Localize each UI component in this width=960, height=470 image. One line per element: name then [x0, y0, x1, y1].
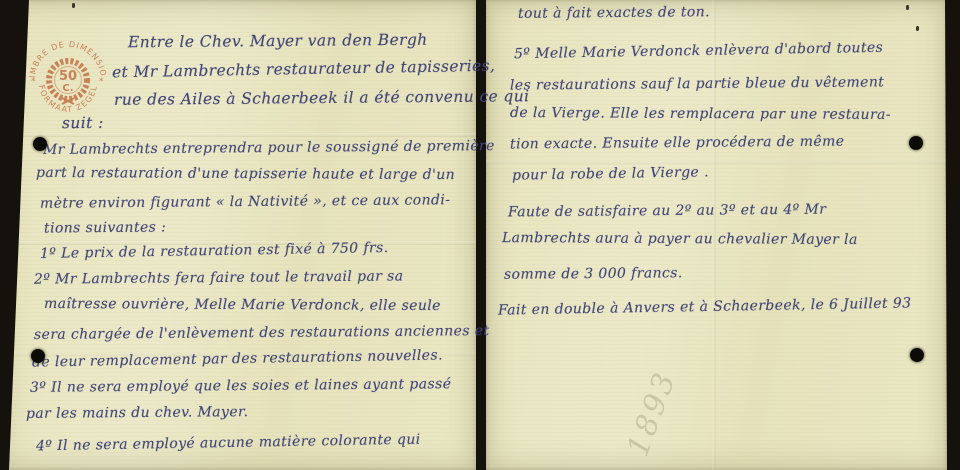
handwritten-line: par les mains du chev. Mayer.	[26, 405, 249, 421]
handwritten-line: Lambrechts aura à payer au chevalier May…	[502, 231, 858, 247]
handwritten-line: tout à fait exactes de ton.	[518, 5, 710, 21]
handwritten-line: Faute de satisfaire au 2º au 3º et au 4º…	[508, 203, 826, 220]
handwritten-line: part la restauration d'une tapisserie ha…	[36, 166, 455, 182]
revenue-stamp-50c: TIMBRE DE DIMENSION FORMAAT ZEGEL * * 50…	[26, 36, 110, 120]
paper-speck	[916, 26, 919, 31]
handwritten-line: rue des Ailes à Schaerbeek il a été conv…	[114, 89, 530, 108]
punch-hole	[33, 137, 47, 151]
fold-crease	[486, 160, 947, 164]
handwritten-line: 2º Mr Lambrechts fera faire tout le trav…	[34, 269, 404, 286]
fold-crease	[0, 133, 476, 137]
paper-speck	[72, 3, 75, 8]
handwritten-line: somme de 3 000 francs.	[504, 266, 683, 282]
punch-hole	[909, 136, 923, 150]
handwritten-line: Entre le Chev. Mayer van den Bergh	[128, 33, 428, 51]
handwritten-line: 3º Il ne sera employé que les soies et l…	[30, 377, 451, 395]
punch-hole	[910, 348, 924, 362]
handwritten-line: pour la robe de la Vierge .	[512, 165, 709, 182]
handwritten-line: sera chargée de l'enlèvement des restaur…	[34, 324, 490, 342]
handwritten-line: tions suivantes :	[44, 220, 166, 235]
paper-speck	[906, 5, 909, 10]
stamp-ornament-right: *	[99, 77, 104, 87]
punch-hole	[31, 349, 45, 363]
handwritten-line: de la Vierge. Elle les remplacera par un…	[510, 106, 891, 122]
handwritten-line: suit :	[62, 116, 104, 132]
stamp-denomination-unit: C.	[62, 83, 73, 94]
handwritten-line: tion exacte. Ensuite elle procédera de m…	[510, 135, 845, 152]
handwritten-line: les restaurations sauf la partie bleue d…	[510, 75, 884, 92]
handwritten-line: maîtresse ouvrière, Melle Marie Verdonck…	[44, 297, 441, 313]
stamp-denomination: 50	[59, 69, 77, 84]
stamp-ornament-left: *	[31, 77, 36, 87]
handwritten-line: mètre environ figurant « la Nativité », …	[40, 193, 450, 211]
document-scan: TIMBRE DE DIMENSION FORMAAT ZEGEL * * 50…	[0, 0, 960, 470]
handwritten-line: Mr Lambrechts entreprendra pour le souss…	[43, 139, 495, 157]
